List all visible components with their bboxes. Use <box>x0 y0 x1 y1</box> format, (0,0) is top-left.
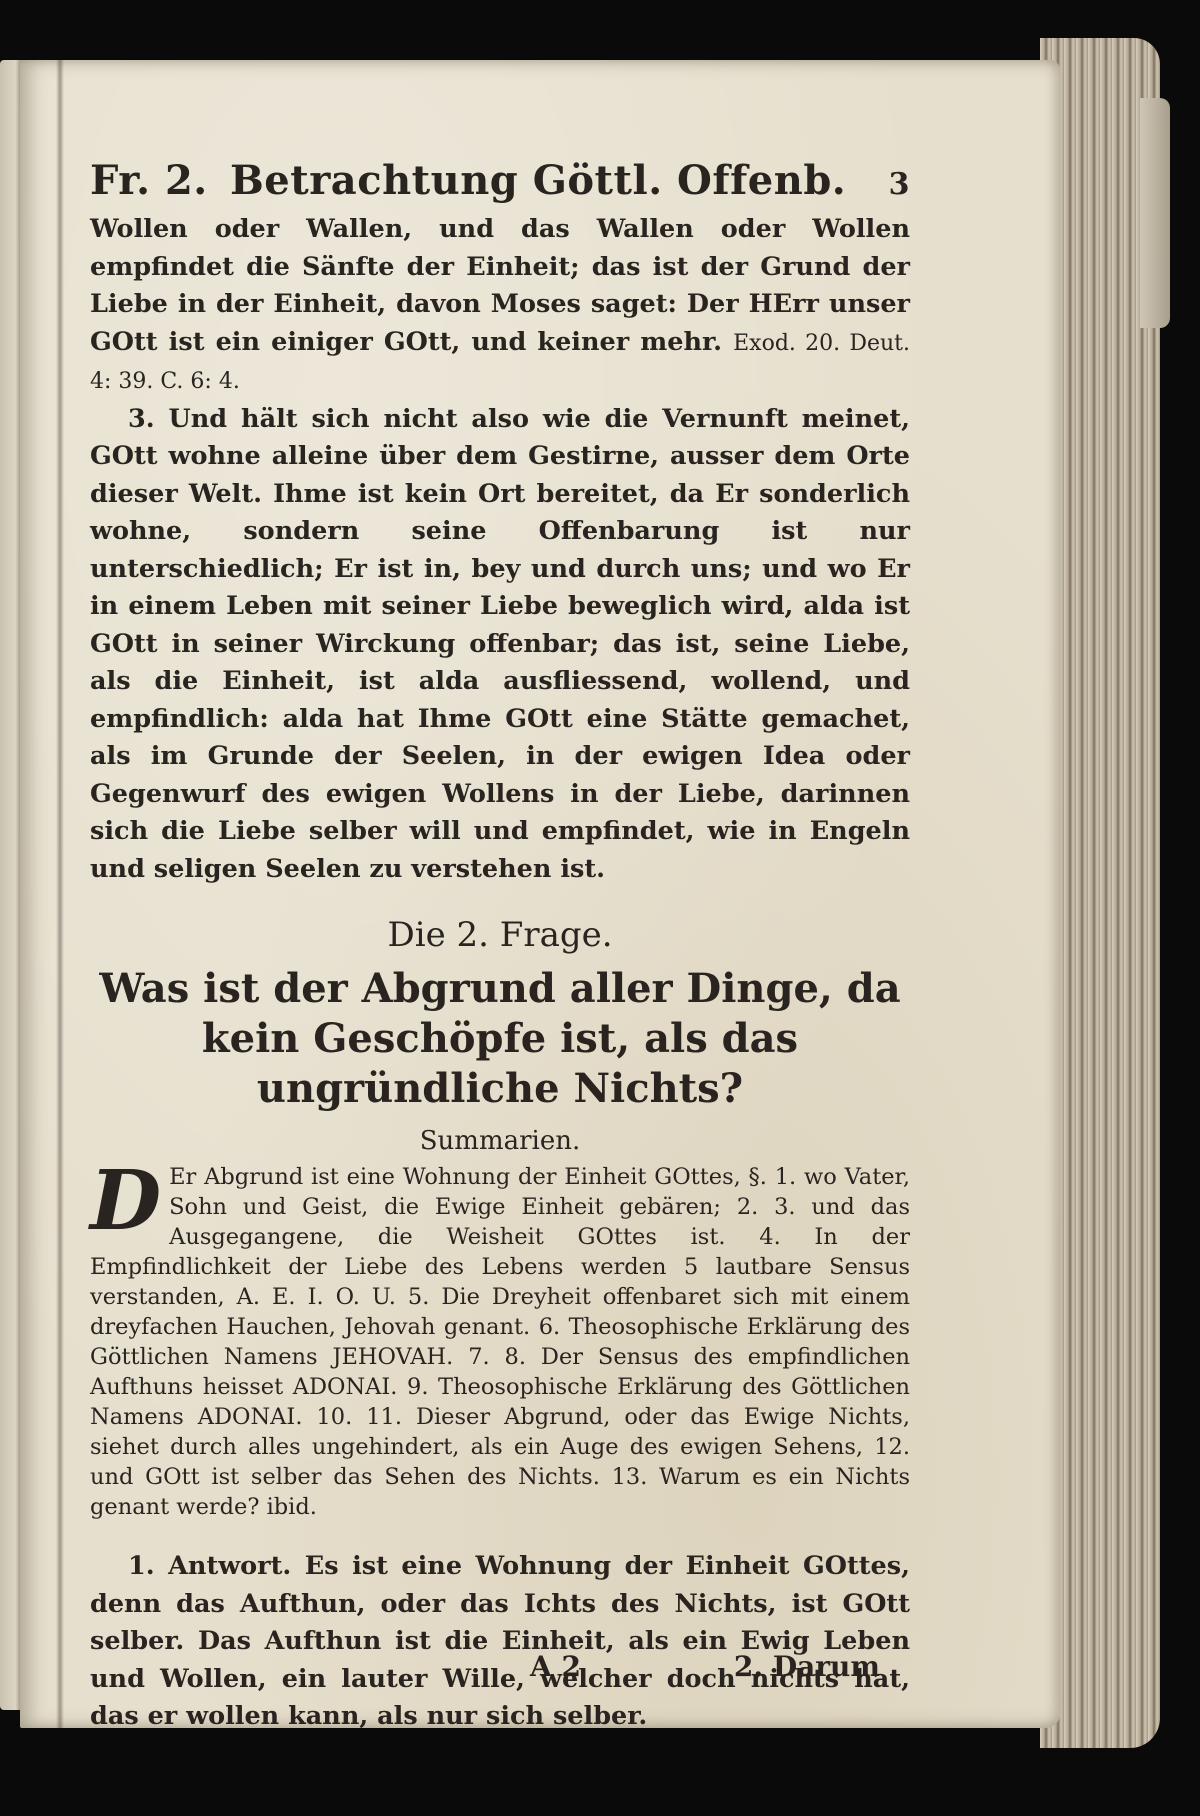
book-page: Fr. 2. Betrachtung Göttl. Offenb. 3 Woll… <box>20 60 1060 1728</box>
running-head-title: Betrachtung Göttl. Offenb. <box>210 155 889 207</box>
paragraph-3: 3. Und hält sich nicht also wie die Vern… <box>90 401 910 889</box>
summary-body: Er Abgrund ist eine Wohnung der Einheit … <box>90 1164 910 1520</box>
question-label: Die 2. Frage. <box>90 910 910 960</box>
text-block: Fr. 2. Betrachtung Göttl. Offenb. 3 Woll… <box>90 155 910 1736</box>
signature-mark: A 2 <box>530 1650 581 1683</box>
running-head: Fr. 2. Betrachtung Göttl. Offenb. 3 <box>90 155 910 211</box>
answer-paragraph: 1. Antwort. Es ist eine Wohnung der Einh… <box>90 1548 910 1736</box>
bookmark-tab <box>1140 98 1170 328</box>
drop-cap: D <box>90 1166 161 1236</box>
summary-label: Summarien. <box>90 1122 910 1160</box>
page-number: 3 <box>889 159 910 211</box>
gutter-fold <box>56 60 64 1728</box>
book: Fr. 2. Betrachtung Göttl. Offenb. 3 Woll… <box>0 38 1168 1756</box>
catchword: 2. Darum <box>734 1650 880 1683</box>
question-title: Was ist der Abgrund aller Dinge, da kein… <box>90 964 910 1114</box>
summary-text: D Er Abgrund ist eine Wohnung der Einhei… <box>90 1162 910 1522</box>
running-head-section: Fr. 2. <box>90 155 210 207</box>
paragraph-continued: Wollen oder Wallen, und das Wallen oder … <box>90 211 910 401</box>
